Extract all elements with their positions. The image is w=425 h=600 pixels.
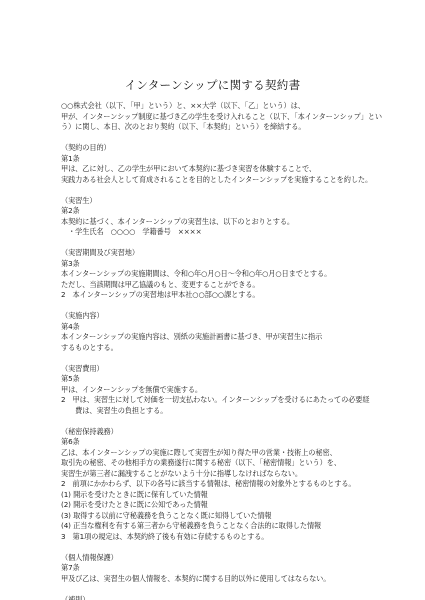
article-heading: （実習期間及び実習地）	[61, 248, 381, 259]
article-text: 本インターンシップの実施内容は、別紙の実施計画書に基づき、甲が実習生に指示	[61, 332, 381, 343]
student-info: ・学生氏名 ○○○○ 学籍番号 ××××	[61, 227, 381, 238]
article-number: 第4条	[61, 322, 381, 333]
article-text: 本インターンシップの実施期間は、令和○年○月○日～令和○年○月○日までとする。	[61, 269, 381, 280]
spacer	[61, 353, 381, 364]
article-number: 第7条	[61, 563, 381, 574]
article-number: 第2条	[61, 206, 381, 217]
document-page: インターンシップに関する契約書 ○○株式会社（以下、「甲」という）と、××大学（…	[0, 0, 425, 600]
article-5: （実習費用） 第5条 甲は、インターンシップを無償で実施する。 2 甲は、実習生…	[61, 364, 381, 417]
article-number: 第5条	[61, 374, 381, 385]
article-4: （実施内容） 第4条 本インターンシップの実施内容は、別紙の実施計画書に基づき、…	[61, 311, 381, 353]
article-2: （実習生） 第2条 本契約に基づく、本インターンシップの実習生は、以下のとおりと…	[61, 196, 381, 238]
spacer	[61, 238, 381, 249]
article-text: 実習生が第三者に漏洩することがないよう十分に指導しなければならない。	[61, 469, 381, 480]
article-text: 2 前項にかかわらず、以下の各号に該当する情報は、秘密情報の対象外とするものとす…	[61, 479, 381, 490]
article-text: 3 第1項の規定は、本契約終了後も有効に存続するものとする。	[61, 532, 381, 543]
article-supplementary: （補則）	[61, 595, 381, 600]
article-heading: （個人情報保護）	[61, 553, 381, 564]
article-text: ただし、当該期間は甲乙協議のもと、変更することができる。	[61, 280, 381, 291]
document-body: ○○株式会社（以下、「甲」という）と、××大学（以下、「乙」という）は、 甲が、…	[61, 101, 381, 600]
article-text: 乙は、本インターンシップの実施に際して実習生が知り得た甲の営業・技術上の秘密、	[61, 448, 381, 459]
article-text: するものとする。	[61, 343, 381, 354]
article-number: 第1条	[61, 154, 381, 165]
article-3: （実習期間及び実習地） 第3条 本インターンシップの実施期間は、令和○年○月○日…	[61, 248, 381, 301]
article-text: 費は、実習生の負担とする。	[61, 406, 381, 417]
article-text: 2 本インターンシップの実習地は甲本社○○部○○課とする。	[61, 290, 381, 301]
article-1: （契約の目的） 第1条 甲は、乙に対し、乙の学生が甲において本契約に基づき実習を…	[61, 143, 381, 185]
list-item: (2) 開示を受けたときに既に公知であった情報	[61, 500, 381, 511]
article-text: 甲及び乙は、実習生の個人情報を、本契約に関する目的以外に使用してはならない。	[61, 574, 381, 585]
spacer	[61, 185, 381, 196]
preamble: ○○株式会社（以下、「甲」という）と、××大学（以下、「乙」という）は、 甲が、…	[61, 101, 381, 133]
article-text: 本契約に基づく、本インターンシップの実習生は、以下のとおりとする。	[61, 217, 381, 228]
article-7: （個人情報保護） 第7条 甲及び乙は、実習生の個人情報を、本契約に関する目的以外…	[61, 553, 381, 585]
article-heading: （秘密保持義務）	[61, 427, 381, 438]
article-6: （秘密保持義務） 第6条 乙は、本インターンシップの実施に際して実習生が知り得た…	[61, 427, 381, 543]
list-item: (3) 取得する以前に守秘義務を負うことなく既に知得していた情報	[61, 511, 381, 522]
article-text: 2 甲は、実習生に対して対価を一切支払わない。インターンシップを受けるにあたって…	[61, 395, 381, 406]
article-heading: （実習生）	[61, 196, 381, 207]
article-text: 甲は、インターンシップを無償で実施する。	[61, 385, 381, 396]
spacer	[61, 584, 381, 595]
spacer	[61, 542, 381, 553]
article-text: 甲は、乙に対し、乙の学生が甲において本契約に基づき実習を体験することで、	[61, 164, 381, 175]
article-number: 第3条	[61, 259, 381, 270]
article-heading: （実施内容）	[61, 311, 381, 322]
preamble-line: ○○株式会社（以下、「甲」という）と、××大学（以下、「乙」という）は、	[61, 101, 381, 112]
article-number: 第6条	[61, 437, 381, 448]
spacer	[61, 301, 381, 312]
article-heading: （契約の目的）	[61, 143, 381, 154]
preamble-line: う）に関し、本日、次のとおり契約（以下、「本契約」という）を締結する。	[61, 122, 381, 133]
article-heading: （実習費用）	[61, 364, 381, 375]
preamble-line: 甲が、インターンシップ制度に基づき乙の学生を受け入れること（以下、「本インターン…	[61, 112, 381, 123]
spacer	[61, 133, 381, 144]
spacer	[61, 416, 381, 427]
list-item: (1) 開示を受けたときに既に保有していた情報	[61, 490, 381, 501]
article-text: 実践力ある社会人として育成されることを目的としたインターンシップを実施することを…	[61, 175, 381, 186]
article-heading: （補則）	[61, 595, 381, 600]
list-item: (4) 正当な権利を有する第三者から守秘義務を負うことなく合法的に取得した情報	[61, 521, 381, 532]
document-title: インターンシップに関する契約書	[0, 77, 425, 93]
article-text: 取引先の秘密、その他相手方の業務遂行に関する秘密（以下、「秘密情報」という）を、	[61, 458, 381, 469]
